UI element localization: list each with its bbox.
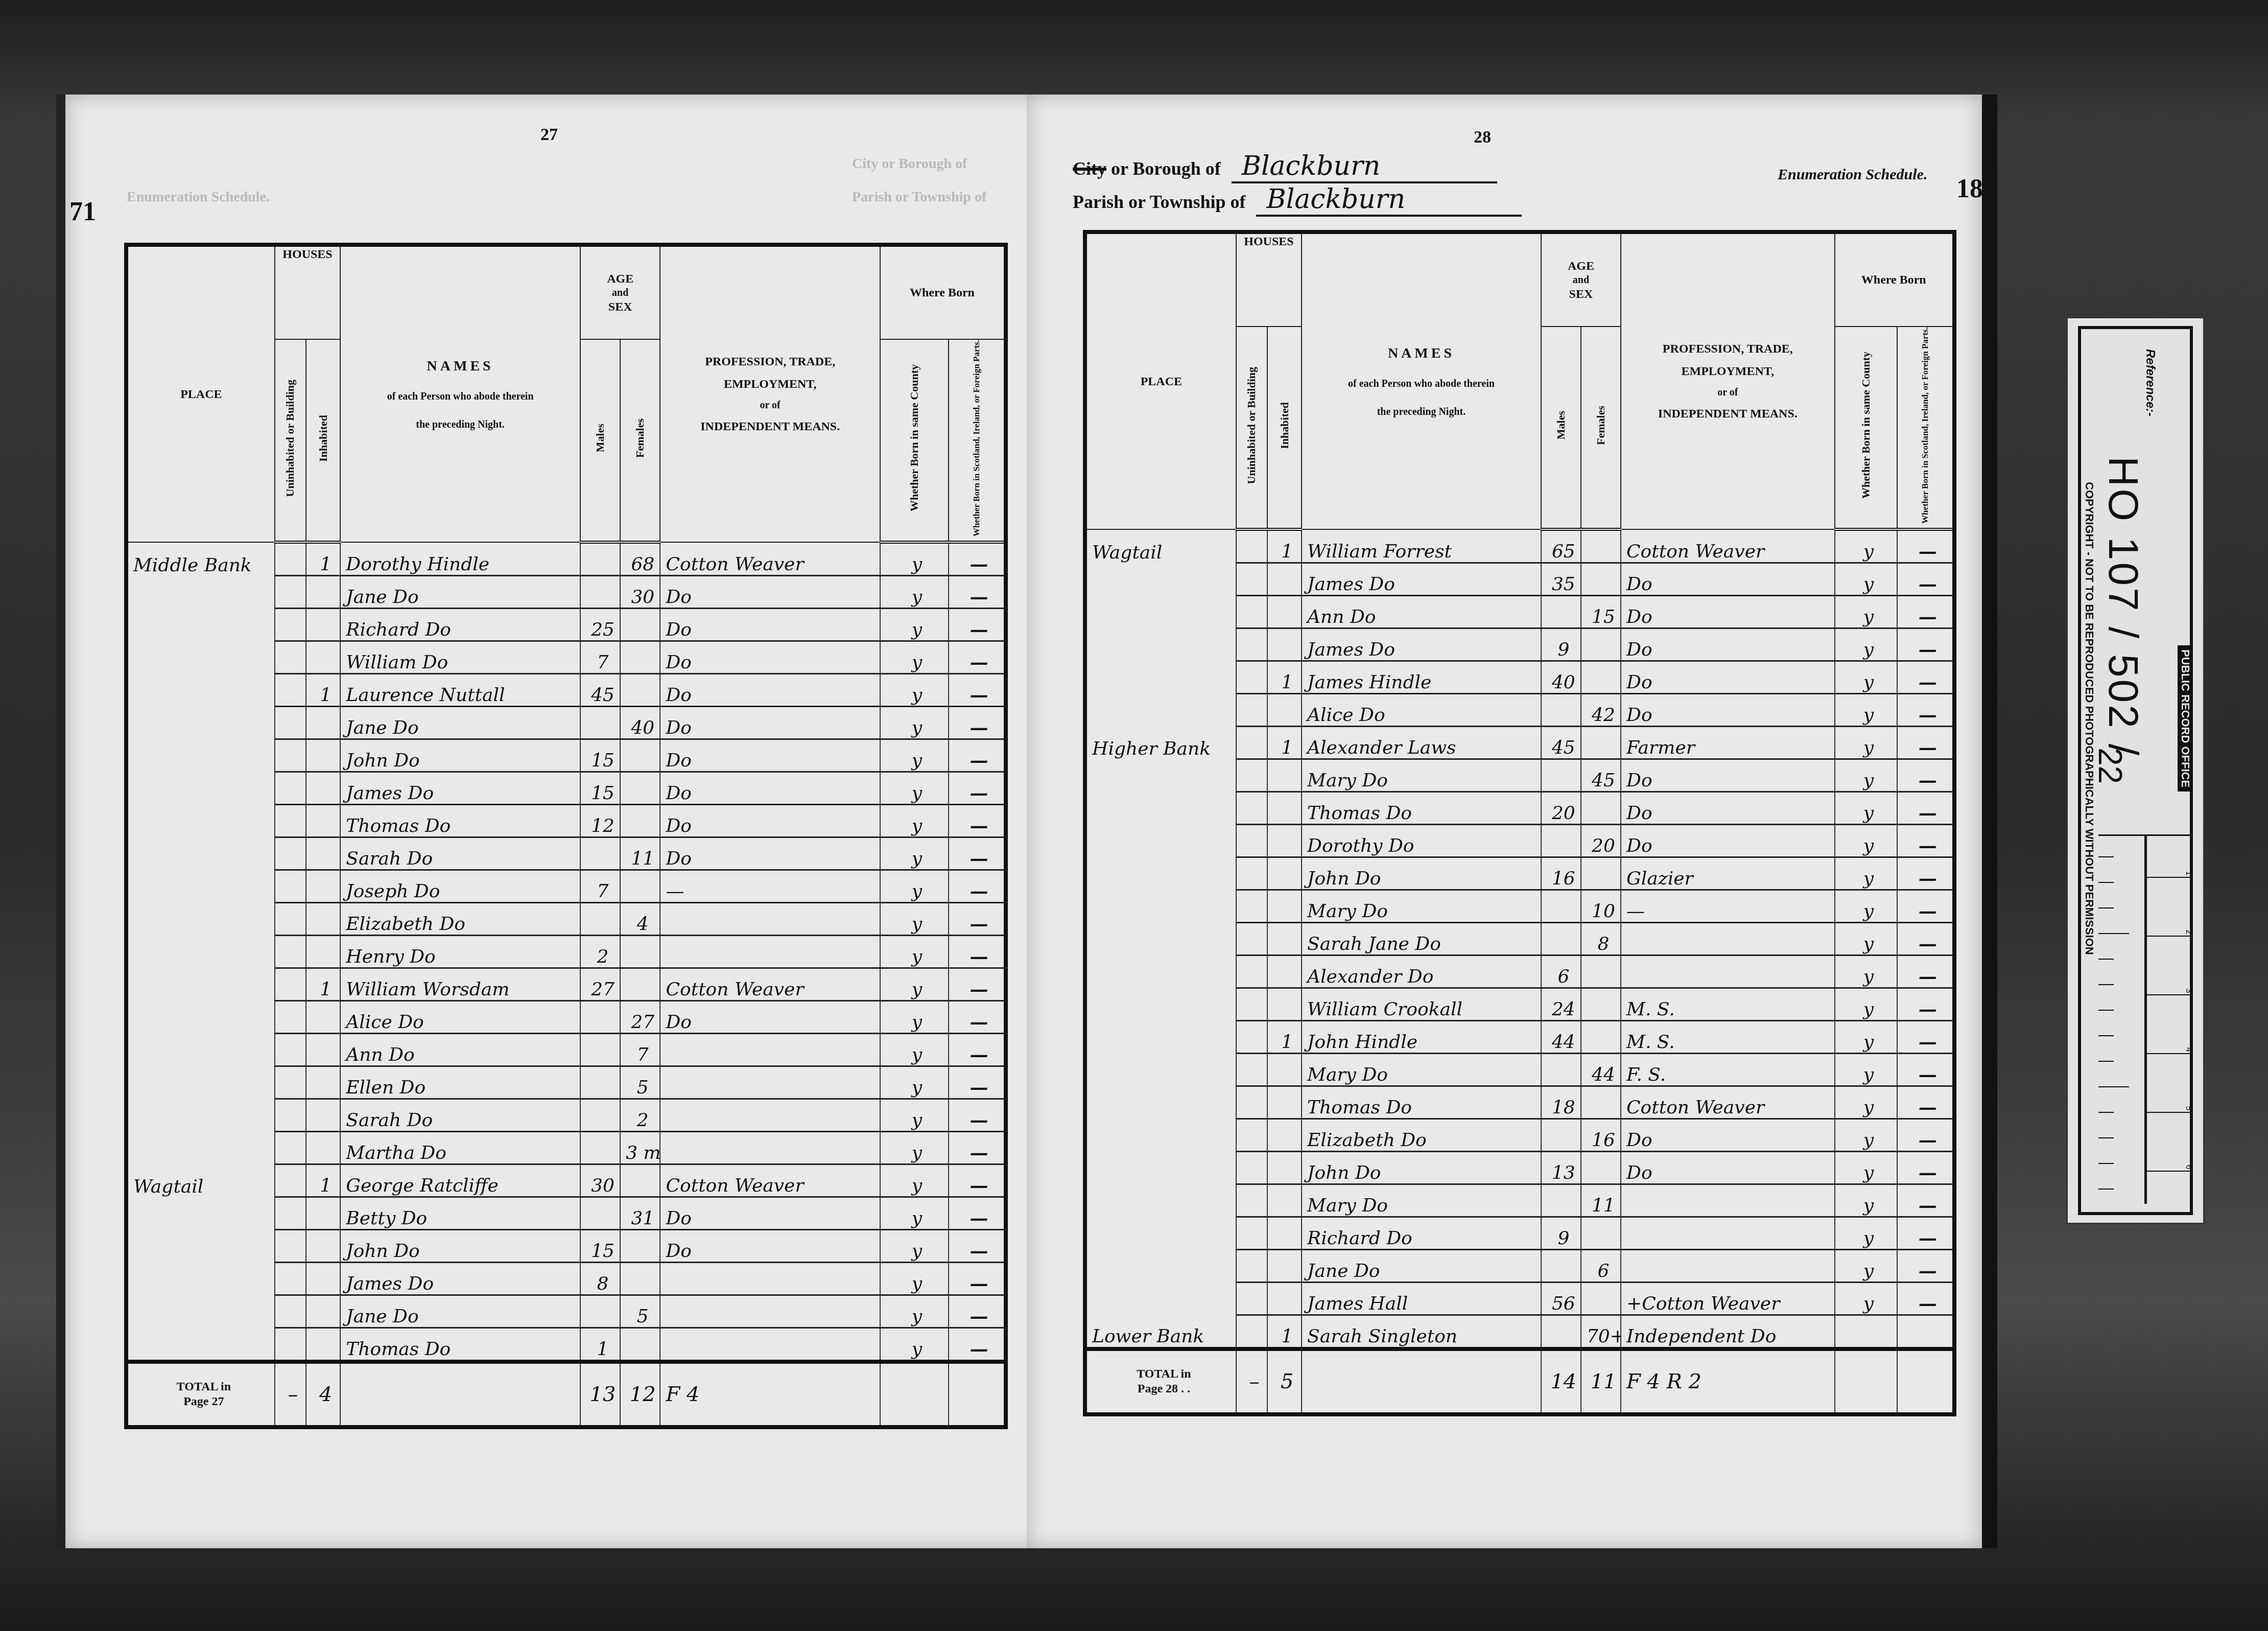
female-age-cell (1581, 727, 1621, 759)
born-same-county-cell: y (1835, 792, 1898, 825)
header-females: Females (620, 339, 660, 542)
inhabited-label: Inhabited (318, 415, 329, 462)
born-elsewhere-cell: — (1897, 596, 1954, 628)
uninhabited-cell (1236, 825, 1267, 857)
inhabited-cell (306, 707, 340, 739)
inhabited-cell: 1 (1267, 727, 1302, 759)
inhabited-cell: 1 (306, 542, 340, 576)
uninhabited-label: Uninhabited or Building (285, 380, 296, 497)
occupation-cell (660, 1263, 880, 1295)
born-elsewhere-cell: — (949, 576, 1006, 609)
table-row: Sarah Do11Doy— (126, 837, 1006, 870)
table-row: Jane Do6y— (1085, 1250, 1954, 1283)
place-cell (126, 837, 275, 870)
table-row: Martha Do3 monthsy— (126, 1132, 1006, 1164)
female-age-cell: 3 months (620, 1132, 660, 1164)
person-name-cell: William Crookall (1302, 988, 1541, 1021)
uninhabited-cell (275, 1001, 306, 1034)
born-elsewhere-cell: — (949, 542, 1006, 576)
uninhabited-cell (1236, 596, 1267, 628)
male-age-cell: 6 (1541, 956, 1581, 988)
female-age-cell (1581, 1021, 1621, 1054)
inhabited-cell: 1 (306, 674, 340, 707)
female-age-cell (1581, 1152, 1621, 1184)
person-name-cell: Elizabeth Do (1302, 1119, 1541, 1152)
born-elsewhere-cell: — (949, 1034, 1006, 1066)
place-cell (126, 641, 275, 674)
person-name-cell: William Do (340, 641, 580, 674)
header-age-sex: AGE and SEX (580, 245, 660, 339)
female-age-cell: 6 (1581, 1250, 1621, 1283)
uninhabited-cell (1236, 563, 1267, 596)
born-elsewhere-cell: — (1897, 1086, 1954, 1119)
person-name-cell: Jane Do (1302, 1250, 1541, 1283)
born-same-county-cell: y (1835, 529, 1898, 563)
person-name-cell: James Hindle (1302, 661, 1541, 694)
table-row: Joseph Do7—y— (126, 870, 1006, 903)
place-cell (126, 968, 275, 1001)
male-age-cell: 45 (580, 674, 620, 707)
occupation-cell: +Cotton Weaver (1621, 1283, 1835, 1315)
uninhabited-cell (1236, 890, 1267, 923)
ghost-schedule-text: Enumeration Schedule. (127, 189, 270, 205)
male-age-cell (580, 1132, 620, 1164)
born-same-county-cell: y (1835, 1119, 1898, 1152)
male-age-cell (1541, 1054, 1581, 1086)
prof-line1: PROFESSION, TRADE, (1621, 341, 1834, 357)
female-age-cell: 40 (620, 707, 660, 739)
table-row: Henry Do2y— (126, 936, 1006, 968)
born-elsewhere-cell: — (949, 870, 1006, 903)
females-label: Females (1595, 406, 1606, 445)
male-age-cell: 27 (580, 968, 620, 1001)
parish-value: Blackburn (1256, 184, 1522, 217)
header-elsewhere: Whether Born in Scotland, Ireland, or Fo… (949, 339, 1006, 542)
borough-line: City or Borough of Blackburn (1073, 151, 1497, 183)
header-same-county: Whether Born in same County (1835, 327, 1898, 529)
place-cell (126, 1132, 275, 1164)
uninhabited-cell (275, 1197, 306, 1230)
person-name-cell: John Do (1302, 1152, 1541, 1184)
female-age-cell: 2 (620, 1099, 660, 1132)
person-name-cell: Dorothy Hindle (340, 542, 580, 576)
place-cell (126, 1034, 275, 1066)
person-name-cell: Sarah Singleton (1302, 1315, 1541, 1349)
female-age-cell (620, 772, 660, 805)
total-row-page-27: TOTAL inPage 27 – 4 13 12 F 4 (126, 1362, 1006, 1427)
born-elsewhere-cell: — (949, 1263, 1006, 1295)
uninhabited-cell (275, 609, 306, 641)
born-elsewhere-cell: — (949, 936, 1006, 968)
place-cell (126, 1230, 275, 1263)
folio-mark: 18 (1956, 174, 1983, 204)
table-row: James Do35Doy— (1085, 563, 1954, 596)
table-row: John Do16Glaziery— (1085, 857, 1954, 890)
male-age-cell: 35 (1541, 563, 1581, 596)
table-row: Elizabeth Do4y— (126, 903, 1006, 936)
male-age-cell: 25 (580, 609, 620, 641)
occupation-cell (660, 1295, 880, 1328)
born-elsewhere-cell: — (949, 1295, 1006, 1328)
header-inhabited: Inhabited (1267, 327, 1302, 529)
inhabited-cell (306, 576, 340, 609)
inhabited-cell (306, 772, 340, 805)
inhabited-cell (1267, 694, 1302, 727)
person-name-cell: Laurence Nuttall (340, 674, 580, 707)
place-cell (1085, 1184, 1236, 1217)
male-age-cell (580, 1001, 620, 1034)
occupation-cell: Do (660, 641, 880, 674)
place-cell: Wagtail (1085, 529, 1236, 563)
table-row: Mary Do44F. S.y— (1085, 1054, 1954, 1086)
female-age-cell (1581, 628, 1621, 661)
header-place: PLACE (1085, 232, 1236, 529)
occupation-cell: Do (660, 576, 880, 609)
males-label: Males (595, 424, 606, 452)
inhabited-cell (1267, 1152, 1302, 1184)
ruler-spine (2144, 836, 2147, 1204)
male-age-cell: 7 (580, 870, 620, 903)
born-same-county-cell: y (1835, 1054, 1898, 1086)
occupation-cell: Do (660, 1197, 880, 1230)
inhabited-cell (1267, 759, 1302, 792)
table-row: James Do9Doy— (1085, 628, 1954, 661)
place-cell: Higher Bank (1085, 727, 1236, 759)
place-cell (126, 805, 275, 837)
ruler-cm-3: 3 (2184, 989, 2193, 993)
male-age-cell (1541, 759, 1581, 792)
inhabited-cell (306, 1197, 340, 1230)
total-label: TOTAL inPage 27 (126, 1362, 275, 1427)
male-age-cell (580, 576, 620, 609)
born-same-county-cell: y (880, 1328, 949, 1362)
place-cell (126, 674, 275, 707)
census-rows-page-28: Wagtail1William Forrest65Cotton Weavery—… (1085, 529, 1954, 1349)
born-elsewhere-cell: — (1897, 628, 1954, 661)
born-elsewhere-cell: — (949, 1328, 1006, 1362)
female-age-cell: 27 (620, 1001, 660, 1034)
occupation-cell: Do (1621, 563, 1835, 596)
female-age-cell (1581, 956, 1621, 988)
born-elsewhere-cell: — (1897, 694, 1954, 727)
place-cell (126, 903, 275, 936)
inhabited-cell (306, 1034, 340, 1066)
female-age-cell: 8 (1581, 923, 1621, 956)
uninhabited-cell (1236, 759, 1267, 792)
inhabited-cell (306, 1001, 340, 1034)
uninhabited-cell (1236, 923, 1267, 956)
person-name-cell: Jane Do (340, 576, 580, 609)
person-name-cell: John Do (340, 739, 580, 772)
uninhabited-cell (275, 739, 306, 772)
uninhabited-cell (1236, 1152, 1267, 1184)
page-number: 28 (1474, 128, 1491, 147)
inhabited-cell (1267, 596, 1302, 628)
occupation-cell: Do (1621, 694, 1835, 727)
uninhabited-cell (275, 1066, 306, 1099)
male-age-cell: 24 (1541, 988, 1581, 1021)
place-cell (1085, 596, 1236, 628)
male-age-cell: 40 (1541, 661, 1581, 694)
female-age-cell (620, 1263, 660, 1295)
person-name-cell: Alexander Do (1302, 956, 1541, 988)
occupation-cell: Do (660, 707, 880, 739)
born-same-county-cell: y (1835, 1184, 1898, 1217)
ruler-cm-2: 2 (2184, 930, 2193, 935)
inhabited-cell (1267, 1184, 1302, 1217)
person-name-cell: William Forrest (1302, 529, 1541, 563)
occupation-cell (660, 903, 880, 936)
occupation-cell (660, 1066, 880, 1099)
table-row: Lower Bank1Sarah Singleton70+Independent… (1085, 1315, 1954, 1349)
inhabited-cell (1267, 988, 1302, 1021)
person-name-cell: Thomas Do (340, 1328, 580, 1362)
inhabited-cell: 1 (1267, 1021, 1302, 1054)
header-where-born: Where Born (880, 245, 1006, 339)
female-age-cell (1581, 792, 1621, 825)
person-name-cell: Sarah Do (340, 837, 580, 870)
total-same-county (880, 1362, 949, 1427)
table-row: Ellen Do5y— (126, 1066, 1006, 1099)
table-row: Elizabeth Do16Doy— (1085, 1119, 1954, 1152)
table-row: Richard Do25Doy— (126, 609, 1006, 641)
header-uninhabited: Uninhabited or Building (1236, 327, 1267, 529)
table-row: Wagtail1William Forrest65Cotton Weavery— (1085, 529, 1954, 563)
place-cell (126, 1295, 275, 1328)
person-name-cell: John Hindle (1302, 1021, 1541, 1054)
inhabited-cell: 1 (306, 1164, 340, 1197)
place-cell (126, 1197, 275, 1230)
born-same-county-cell: y (880, 576, 949, 609)
male-age-cell: 15 (580, 739, 620, 772)
female-age-cell (620, 739, 660, 772)
inhabited-cell (1267, 825, 1302, 857)
male-age-cell: 9 (1541, 1217, 1581, 1250)
born-same-county-cell: y (1835, 825, 1898, 857)
female-age-cell (1581, 529, 1621, 563)
male-age-cell (1541, 1184, 1581, 1217)
names-sub1: of each Person who abode therein (341, 390, 580, 403)
place-cell (126, 870, 275, 903)
born-elsewhere-cell: — (949, 1197, 1006, 1230)
schedule-label: Enumeration Schedule. (1778, 166, 1927, 183)
born-elsewhere-cell (1897, 1315, 1954, 1349)
male-age-cell (1541, 1250, 1581, 1283)
total-same-county (1835, 1349, 1898, 1414)
inhabited-cell (306, 870, 340, 903)
born-same-county-cell: y (880, 674, 949, 707)
uninhabited-cell (275, 837, 306, 870)
born-same-county-cell: y (880, 707, 949, 739)
uninhabited-cell (275, 805, 306, 837)
occupation-cell: Farmer (1621, 727, 1835, 759)
header-names: NAMES of each Person who abode therein t… (1302, 232, 1541, 529)
male-age-cell (1541, 1315, 1581, 1349)
born-same-county-cell: y (880, 1001, 949, 1034)
table-row: Thomas Do20Doy— (1085, 792, 1954, 825)
female-age-cell (620, 805, 660, 837)
place-cell (1085, 1217, 1236, 1250)
uninhabited-cell (275, 1230, 306, 1263)
copyright-notice: COPYRIGHT - NOT TO BE REPRODUCED PHOTOGR… (2083, 482, 2096, 955)
place-cell (1085, 628, 1236, 661)
person-name-cell: Sarah Jane Do (1302, 923, 1541, 956)
header-names: NAMES of each Person who abode therein t… (340, 245, 580, 542)
age-sex: SEX (1542, 287, 1620, 302)
person-name-cell: James Do (340, 1263, 580, 1295)
place-cell (126, 739, 275, 772)
male-age-cell: 44 (1541, 1021, 1581, 1054)
uninhabited-cell (275, 542, 306, 576)
occupation-cell: Glazier (1621, 857, 1835, 890)
female-age-cell (620, 1328, 660, 1362)
born-same-county-cell: y (1835, 988, 1898, 1021)
inhabited-cell (1267, 628, 1302, 661)
female-age-cell: 70+ (1581, 1315, 1621, 1349)
table-row: Thomas Do1y— (126, 1328, 1006, 1362)
female-age-cell: 5 (620, 1295, 660, 1328)
table-row: John Do13Doy— (1085, 1152, 1954, 1184)
male-age-cell: 20 (1541, 792, 1581, 825)
total-label: TOTAL inPage 28 . . (1085, 1349, 1236, 1414)
born-same-county-cell: y (880, 1066, 949, 1099)
ruler-cm-6: 6 (2184, 1165, 2193, 1170)
place-cell (1085, 1054, 1236, 1086)
occupation-cell (1621, 1217, 1835, 1250)
total-females: 12 (620, 1362, 660, 1427)
male-age-cell: 8 (580, 1263, 620, 1295)
born-elsewhere-cell: — (949, 772, 1006, 805)
names-sub1: of each Person who abode therein (1302, 378, 1541, 390)
inhabited-cell (1267, 1283, 1302, 1315)
occupation-cell: Do (660, 674, 880, 707)
uninhabited-cell (1236, 792, 1267, 825)
occupation-cell: Do (660, 739, 880, 772)
occupation-cell: Do (1621, 1152, 1835, 1184)
total-occupation: F 4 (660, 1362, 880, 1427)
person-name-cell: John Do (340, 1230, 580, 1263)
prof-line3: or of (1621, 386, 1834, 399)
uninhabited-label: Uninhabited or Building (1246, 367, 1257, 484)
female-age-cell (1581, 661, 1621, 694)
uninhabited-cell (275, 674, 306, 707)
inhabited-cell (306, 837, 340, 870)
inhabited-cell (1267, 890, 1302, 923)
header-place: PLACE (126, 245, 275, 542)
uninhabited-cell (275, 1034, 306, 1066)
place-cell: Middle Bank (126, 542, 275, 576)
born-same-county-cell: y (1835, 1086, 1898, 1119)
person-name-cell: George Ratcliffe (340, 1164, 580, 1197)
male-age-cell: 2 (580, 936, 620, 968)
place-cell (1085, 825, 1236, 857)
female-age-cell (1581, 1283, 1621, 1315)
total-elsewhere (949, 1362, 1006, 1427)
place-cell (1085, 1021, 1236, 1054)
place-cell (1085, 988, 1236, 1021)
table-row: Jane Do40Doy— (126, 707, 1006, 739)
place-cell (126, 1328, 275, 1362)
occupation-cell (660, 1034, 880, 1066)
occupation-cell (660, 936, 880, 968)
female-age-cell (620, 674, 660, 707)
occupation-cell: Do (660, 609, 880, 641)
born-elsewhere-cell: — (949, 674, 1006, 707)
occupation-cell: Do (660, 1001, 880, 1034)
female-age-cell (1581, 1217, 1621, 1250)
person-name-cell: Thomas Do (340, 805, 580, 837)
same-county-label: Whether Born in same County (1860, 352, 1872, 499)
uninhabited-cell (275, 1295, 306, 1328)
born-same-county-cell: y (880, 1164, 949, 1197)
age-and: and (581, 287, 660, 299)
occupation-cell (1621, 956, 1835, 988)
born-same-county-cell: y (880, 903, 949, 936)
female-age-cell (620, 641, 660, 674)
occupation-cell: Cotton Weaver (660, 542, 880, 576)
uninhabited-cell (1236, 1315, 1267, 1349)
male-age-cell: 16 (1541, 857, 1581, 890)
census-table-page-28: PLACE HOUSES NAMES of each Person who ab… (1083, 230, 1956, 1416)
inhabited-label: Inhabited (1279, 402, 1290, 449)
prof-line2: EMPLOYMENT, (1621, 364, 1834, 379)
born-same-county-cell: y (1835, 628, 1898, 661)
female-age-cell: 5 (620, 1066, 660, 1099)
inhabited-cell (1267, 1054, 1302, 1086)
table-row: Dorothy Do20Doy— (1085, 825, 1954, 857)
total-males: 14 (1541, 1349, 1581, 1414)
occupation-cell: Do (660, 805, 880, 837)
header-uninhabited: Uninhabited or Building (275, 339, 306, 542)
place-cell: Lower Bank (1085, 1315, 1236, 1349)
ruler-cm-4: 4 (2184, 1047, 2193, 1052)
born-same-county-cell: y (880, 1034, 949, 1066)
person-name-cell: Sarah Do (340, 1099, 580, 1132)
ruler-cm-1: 1 (2184, 871, 2193, 876)
uninhabited-cell (1236, 956, 1267, 988)
inhabited-cell: 1 (1267, 529, 1302, 563)
table-row: Sarah Jane Do8y— (1085, 923, 1954, 956)
born-same-county-cell: y (880, 870, 949, 903)
born-elsewhere-cell: — (949, 837, 1006, 870)
born-elsewhere-cell: — (949, 739, 1006, 772)
occupation-cell: F. S. (1621, 1054, 1835, 1086)
male-age-cell: 12 (580, 805, 620, 837)
born-same-county-cell: y (1835, 1217, 1898, 1250)
male-age-cell (1541, 596, 1581, 628)
table-row: James Hall56+Cotton Weavery— (1085, 1283, 1954, 1315)
ghost-parish-text: Parish or Township of (852, 189, 986, 205)
born-elsewhere-cell: — (1897, 1250, 1954, 1283)
names-sub2: the preceding Night. (1302, 406, 1541, 418)
occupation-cell: Do (1621, 825, 1835, 857)
total-row-page-28: TOTAL inPage 28 . . – 5 14 11 F 4 R 2 (1085, 1349, 1954, 1414)
borough-label: or Borough of (1111, 158, 1221, 179)
occupation-cell: Do (1621, 628, 1835, 661)
female-age-cell: 20 (1581, 825, 1621, 857)
born-same-county-cell: y (1835, 596, 1898, 628)
header-houses: HOUSES (275, 245, 341, 339)
born-same-county-cell: y (880, 1295, 949, 1328)
born-same-county-cell: y (1835, 1152, 1898, 1184)
male-age-cell: 9 (1541, 628, 1581, 661)
born-elsewhere-cell: — (949, 1230, 1006, 1263)
male-age-cell (1541, 825, 1581, 857)
born-elsewhere-cell: — (1897, 988, 1954, 1021)
table-row: John Do15Doy— (126, 739, 1006, 772)
male-age-cell (1541, 890, 1581, 923)
male-age-cell (1541, 1119, 1581, 1152)
